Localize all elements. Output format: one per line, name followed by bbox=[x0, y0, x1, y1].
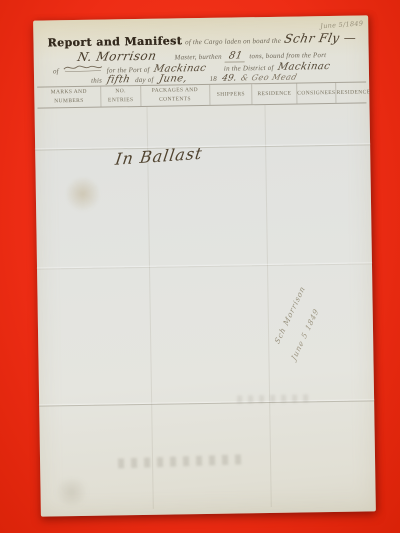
vertical-fold-crease bbox=[264, 105, 271, 507]
column-header-residence-1: RESIDENCE bbox=[253, 84, 298, 105]
column-header-no-entries: NO. ENTRIES bbox=[101, 86, 141, 107]
illegible-scribble bbox=[63, 63, 103, 74]
column-header-marks-numbers: MARKS AND NUMBERS bbox=[37, 87, 101, 108]
column-header-text: CONSIGNEES bbox=[297, 89, 336, 98]
printed-of-text: of bbox=[53, 68, 59, 76]
photo-background: June 5/1849 Report and Manifest of the C… bbox=[0, 0, 400, 533]
column-header-text: SHIPPERS bbox=[210, 90, 252, 99]
column-header-text: RESIDENCE bbox=[337, 88, 371, 97]
signature-flourish-handwritten: & Geo Mead bbox=[240, 73, 298, 83]
printed-this-text: this bbox=[91, 78, 102, 86]
day-handwritten: fifth bbox=[106, 74, 131, 85]
column-header-residence-2: RESIDENCE bbox=[336, 82, 370, 103]
column-header-text: NUMBERS bbox=[37, 97, 100, 107]
ink-bleedthrough bbox=[237, 394, 312, 403]
printed-year-prefix: 18 bbox=[210, 76, 218, 84]
month-handwritten: June, bbox=[157, 73, 187, 84]
vertical-fold-crease bbox=[146, 107, 153, 509]
column-header-text: RESIDENCE bbox=[253, 89, 297, 98]
horizontal-fold-crease bbox=[39, 400, 374, 406]
column-header-shippers: SHIPPERS bbox=[210, 84, 253, 105]
document-title: Report and Manifest bbox=[47, 34, 182, 49]
printed-cargo-text: of the Cargo laden on board the bbox=[185, 38, 281, 47]
column-header-text: ENTRIES bbox=[101, 96, 140, 105]
manifest-table-header: MARKS AND NUMBERS NO. ENTRIES PACKAGES A… bbox=[37, 81, 366, 108]
paper-smudge bbox=[52, 478, 90, 507]
column-header-consignees: CONSIGNEES bbox=[297, 83, 337, 104]
paper-stain bbox=[66, 175, 101, 214]
manifest-document: June 5/1849 Report and Manifest of the C… bbox=[33, 15, 376, 516]
pencil-date-note: June 5/1849 bbox=[320, 19, 364, 30]
vessel-name-handwritten: Schr Fly — bbox=[283, 31, 358, 46]
printed-day-of-text: day of bbox=[135, 77, 154, 85]
docket-annotation: Sch Morrison June 5 1849 bbox=[273, 241, 383, 370]
ink-bleedthrough bbox=[118, 454, 243, 468]
year-handwritten: 49. bbox=[221, 73, 237, 83]
column-header-text: CONTENTS bbox=[141, 95, 209, 105]
column-header-packages-contents: PACKAGES AND CONTENTS bbox=[141, 85, 210, 106]
